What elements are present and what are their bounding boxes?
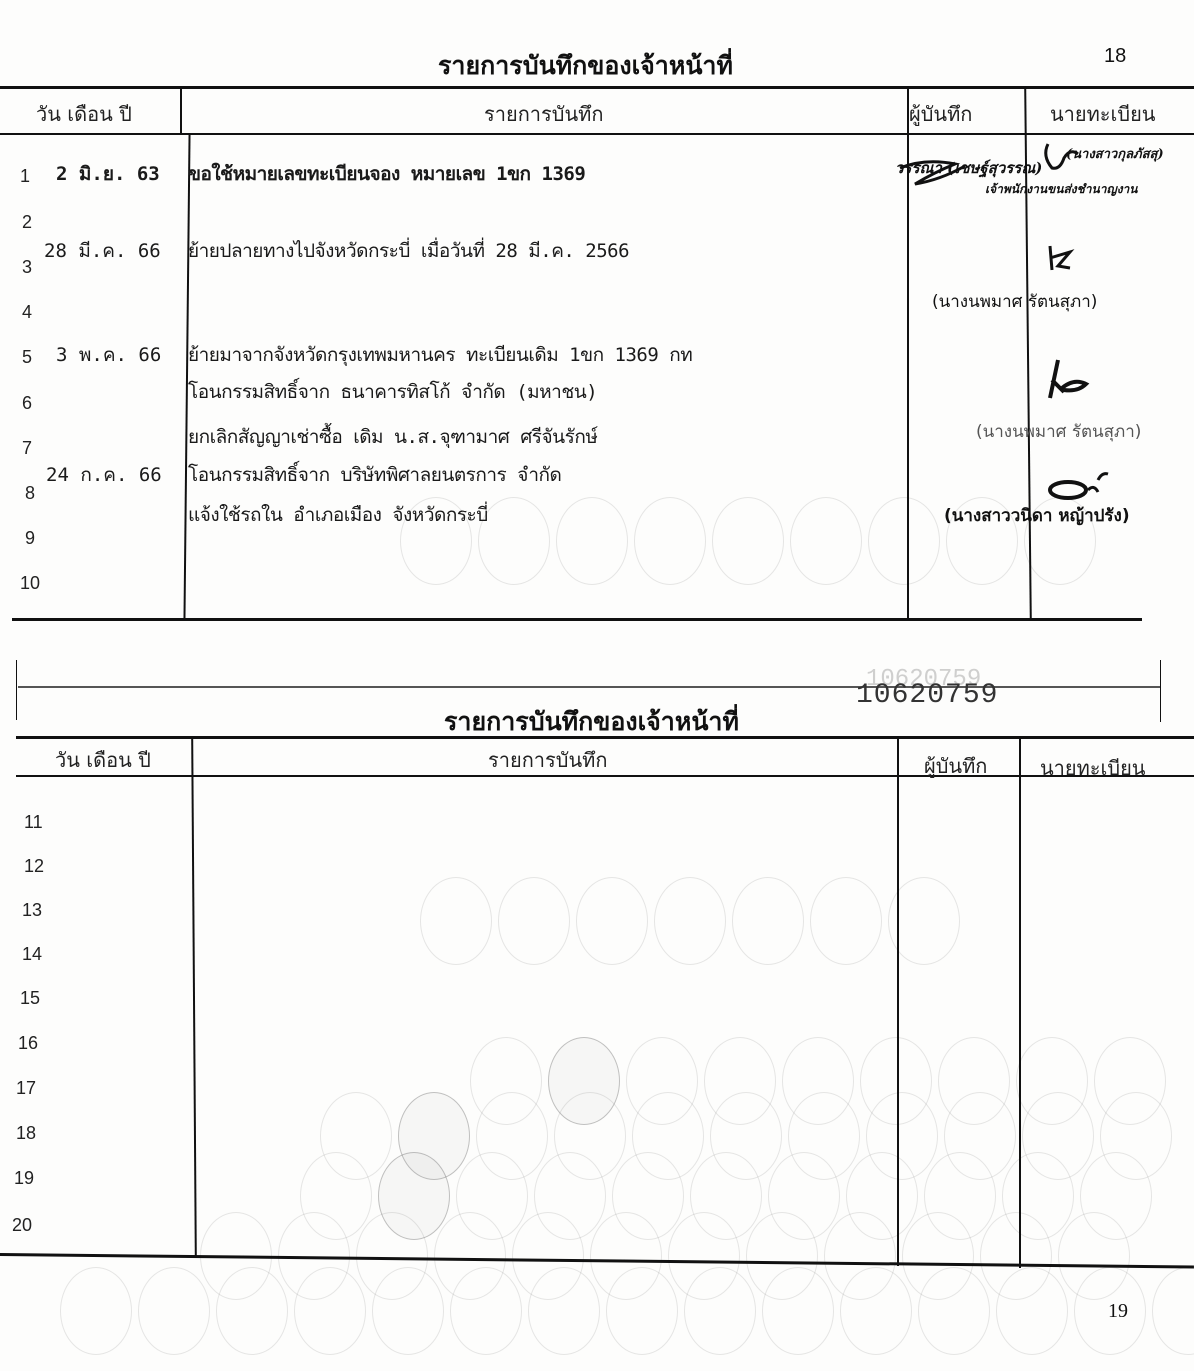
column-divider — [191, 738, 197, 1258]
row-number: 18 — [16, 1123, 36, 1144]
watermark-seal-icon — [556, 497, 628, 585]
row-number: 13 — [22, 900, 42, 921]
column-header-date: วัน เดือน ปี — [55, 744, 151, 776]
column-header-date: วัน เดือน ปี — [36, 98, 132, 130]
page-number: 19 — [1108, 1300, 1128, 1323]
row-number: 8 — [25, 483, 35, 504]
watermark-seal-icon — [450, 1267, 522, 1355]
watermark-seal-icon — [684, 1267, 756, 1355]
row-number: 10 — [20, 573, 40, 594]
column-header-registrar: นายทะเบียน — [1050, 98, 1155, 130]
column-header-entry: รายการบันทึก — [488, 744, 607, 776]
watermark-seal-icon — [654, 877, 726, 965]
row-number: 4 — [22, 302, 32, 323]
entry-text: ย้ายมาจากจังหวัดกรุงเทพมหานคร ทะเบียนเดิ… — [188, 340, 692, 370]
entry-text: โอนกรรมสิทธิ์จาก ธนาคารทิสโก้ จำกัด (มหา… — [188, 377, 597, 407]
row-number: 15 — [20, 988, 40, 1009]
row-number: 9 — [25, 528, 35, 549]
registrar-signature-icon — [1048, 470, 1118, 506]
registrar-title-stamp: เจ้าพนักงานขนส่งชำนาญงาน — [985, 180, 1138, 199]
row-number: 3 — [22, 257, 32, 278]
watermark-seal-icon — [216, 1267, 288, 1355]
entry-text: ขอใช้หมายเลขทะเบียนจอง หมายเลข 1ขก 1369 — [188, 159, 585, 189]
watermark-seal-icon — [712, 497, 784, 585]
watermark-seal-icon — [918, 1267, 990, 1355]
registrar-signature-icon — [1040, 242, 1080, 282]
registrar-signature: (นางสาวกุลภัสสุ) — [1066, 143, 1164, 164]
row-number: 5 — [22, 347, 32, 368]
row-number: 12 — [24, 856, 44, 877]
column-header-registrar: นายทะเบียน — [1040, 752, 1145, 784]
watermark-seal-icon — [810, 877, 882, 965]
column-header-recorder: ผู้บันทึก — [924, 750, 987, 782]
watermark-seal-icon — [60, 1267, 132, 1355]
registrar-signature-icon — [1044, 358, 1094, 404]
watermark-seal-icon — [840, 1267, 912, 1355]
page-edge — [16, 660, 17, 720]
page-title: รายการบันทึกของเจ้าหน้าที่ — [438, 46, 733, 86]
watermark-seal-icon — [1152, 1267, 1194, 1355]
watermark-seal-icon — [868, 497, 940, 585]
entry-date: 28 มี.ค. 66 — [44, 236, 161, 266]
entry-text: ยกเลิกสัญญาเช่าซื้อ เดิม น.ส.จุฑามาศ ศรี… — [188, 422, 597, 452]
column-header-entry: รายการบันทึก — [484, 98, 603, 130]
watermark-seal-icon — [528, 1267, 600, 1355]
row-number: 14 — [22, 944, 42, 965]
column-divider — [897, 738, 899, 1266]
watermark-seal-icon — [762, 1267, 834, 1355]
row-number: 19 — [14, 1168, 34, 1189]
row-number: 11 — [24, 812, 43, 833]
row-number: 2 — [22, 212, 32, 233]
watermark-seal-icon — [478, 497, 550, 585]
watermark-seal-icon — [790, 497, 862, 585]
row-number: 6 — [22, 393, 32, 414]
row-number: 17 — [16, 1078, 36, 1099]
page-edge — [1160, 660, 1161, 722]
row-number: 7 — [22, 438, 32, 459]
watermark-seal-icon — [138, 1267, 210, 1355]
entry-text: แจ้งใช้รถใน อำเภอเมือง จังหวัดกระบี่ — [188, 500, 488, 530]
registrar-name: (นางนพมาศ รัตนสุภา) — [976, 418, 1141, 445]
entry-date: 3 พ.ค. 66 — [56, 340, 161, 370]
column-divider — [1019, 738, 1021, 1268]
watermark-seal-icon — [372, 1267, 444, 1355]
watermark-seal-icon — [576, 877, 648, 965]
watermark-seal-icon — [294, 1267, 366, 1355]
entry-text: ย้ายปลายทางไปจังหวัดกระบี่ เมื่อวันที่ 2… — [188, 236, 629, 266]
row-number: 1 — [20, 166, 30, 187]
entry-text: โอนกรรมสิทธิ์จาก บริษัทพิศาลยนตรการ จำกั… — [188, 460, 561, 490]
row-number: 16 — [18, 1033, 38, 1054]
watermark-seal-icon — [420, 877, 492, 965]
column-header-recorder: ผู้บันทึก — [909, 98, 972, 130]
entry-date: 2 มิ.ย. 63 — [56, 159, 160, 189]
registrar-name: (นางนพมาศ รัตนสุภา) — [932, 288, 1097, 315]
watermark-seal-icon — [498, 877, 570, 965]
column-divider — [180, 88, 182, 134]
entry-date: 24 ก.ค. 66 — [46, 460, 162, 490]
table-bottom-border — [12, 618, 1142, 621]
recorder-signature: วรรณา (เชษฐ์สุวรรณ) — [895, 156, 1042, 180]
watermark-seal-icon — [634, 497, 706, 585]
watermark-seal-icon — [996, 1267, 1068, 1355]
watermark-seal-icon — [606, 1267, 678, 1355]
registrar-name: (นางสาววนิดา หญ้าปรัง) — [944, 502, 1130, 529]
page-number: 18 — [1104, 45, 1126, 68]
row-number: 20 — [12, 1215, 32, 1236]
watermark-seal-icon — [732, 877, 804, 965]
serial-number: 10620759 — [856, 680, 998, 711]
